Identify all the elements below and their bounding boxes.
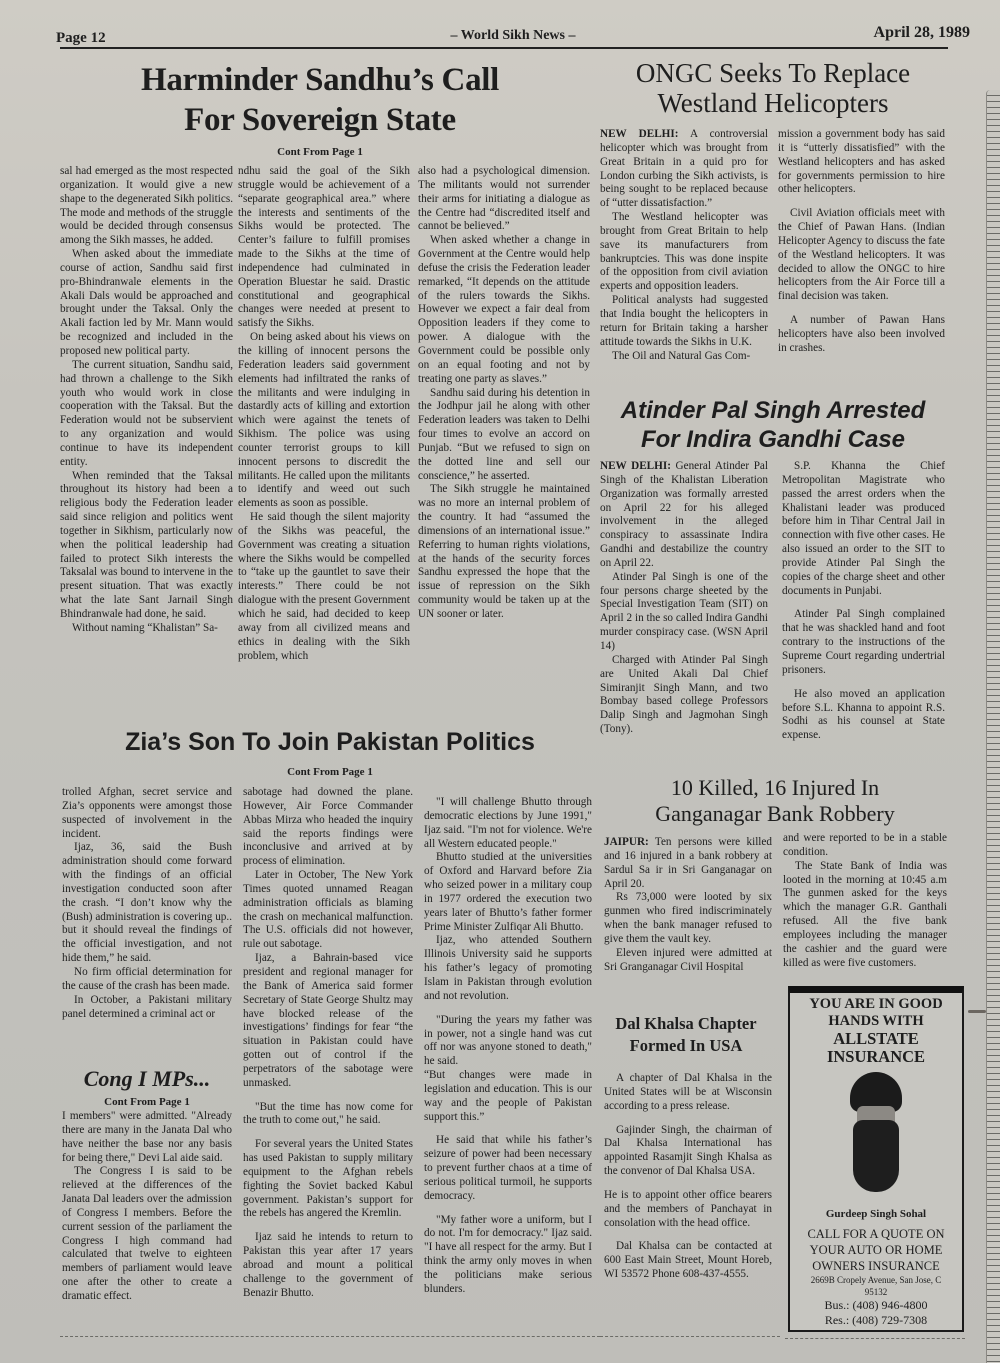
paragraph: Ijaz, a Bahrain-based vice president and…	[243, 952, 413, 1090]
headline-line: Formed In USA	[600, 1035, 772, 1057]
smudge-mark	[968, 1010, 986, 1013]
bottom-rule	[600, 1336, 780, 1337]
headline-line: Harminder Sandhu’s Call	[60, 60, 580, 100]
paragraph: Ijaz, who attended Southern Illinois Uni…	[424, 934, 592, 1003]
ad-call-line: OWNERS INSURANCE	[790, 1258, 962, 1274]
paragraph: Atinder Pal Singh is one of the four per…	[600, 571, 768, 654]
ad-line: INSURANCE	[790, 1048, 962, 1066]
paper-title: – World Sikh News –	[56, 28, 970, 44]
paragraph: Dal Khalsa can be contacted at 600 East …	[604, 1240, 772, 1282]
dateline: JAIPUR:	[604, 836, 649, 848]
cong-headline: Cong I MPs...	[62, 1066, 232, 1092]
paragraph: The Congress I is said to be relieved at…	[62, 1165, 232, 1303]
paragraph: sal had emerged as the most respected or…	[60, 165, 233, 248]
portrait-photo-icon	[843, 1072, 909, 1200]
cont-from-page-label: Cont From Page 1	[60, 766, 600, 778]
paragraph: Gajinder Singh, the chairman of Dal Khal…	[604, 1124, 772, 1179]
allstate-advertisement: YOU ARE IN GOOD HANDS WITH ALLSTATE INSU…	[788, 986, 964, 1332]
paragraph: "But the time has now come for the truth…	[243, 1101, 413, 1129]
business-phone: Bus.: (408) 946-4800	[790, 1298, 962, 1313]
zia-col-3: "I will challenge Bhutto through democra…	[424, 786, 592, 1297]
paragraph: The Oil and Natural Gas Com-	[600, 350, 768, 364]
headline-line: 10 Killed, 16 Injured In	[600, 775, 950, 801]
newspaper-page: Page 12 – World Sikh News – April 28, 19…	[0, 0, 1000, 1363]
atinder-col-1: NEW DELHI: General Atinder Pal Singh of …	[600, 460, 768, 737]
headline-line: For Indira Gandhi Case	[598, 425, 948, 454]
paragraph: "I will challenge Bhutto through democra…	[424, 796, 592, 851]
headline-line: Dal Khalsa Chapter	[600, 1013, 772, 1035]
ruler-edge	[986, 90, 1000, 1363]
paragraph: Political analysts had suggested that In…	[600, 294, 768, 349]
sandhu-headline: Harminder Sandhu’s Call For Sovereign St…	[60, 60, 580, 140]
paragraph: “But changes were made in legislation an…	[424, 1069, 592, 1124]
paragraph: mission a government body has said it is…	[778, 128, 945, 197]
atinder-headline: Atinder Pal Singh Arrested For Indira Ga…	[598, 396, 948, 454]
paragraph: When asked about the immediate course of…	[60, 248, 233, 359]
paragraph: "My father wore a uniform, but I do not.…	[424, 1214, 592, 1297]
cong-col: I members" were admitted. "Already there…	[62, 1110, 232, 1304]
ad-call-line: CALL FOR A QUOTE ON	[790, 1226, 962, 1242]
paragraph: He said that while his father’s seizure …	[424, 1134, 592, 1203]
paragraph: The State Bank of India was looted in th…	[783, 860, 947, 971]
sandhu-col-2: ndhu said the goal of the Sikh struggle …	[238, 165, 410, 663]
paragraph: He also moved an application before S.L.…	[782, 688, 945, 743]
paragraph: "During the years my father was in power…	[424, 1014, 592, 1069]
paragraph: A controversial helicopter which was bro…	[600, 128, 768, 209]
paragraph: Atinder Pal Singh complained that he was…	[782, 608, 945, 677]
paragraph: When asked whether a change in Governmen…	[418, 234, 590, 386]
masthead-rule	[60, 47, 948, 49]
headline-line: For Sovereign State	[60, 100, 580, 140]
paragraph: The Westland helicopter was brought from…	[600, 211, 768, 294]
bottom-rule	[785, 1338, 965, 1339]
paragraph: He said though the silent majority of th…	[238, 511, 410, 663]
ongc-col-1: NEW DELHI: A controversial helicopter wh…	[600, 128, 768, 363]
paragraph: When reminded that the Taksal throughout…	[60, 470, 233, 622]
paragraph: Later in October, The New York Times quo…	[243, 869, 413, 952]
dalkhalsa-headline: Dal Khalsa Chapter Formed In USA	[600, 1013, 772, 1057]
ad-address: 2669B Cropely Avenue, San Jose, C	[790, 1274, 962, 1286]
headline-line: Ganganagar Bank Robbery	[600, 801, 950, 827]
dateline: NEW DELHI:	[600, 460, 671, 472]
ad-call-line: YOUR AUTO OR HOME	[790, 1242, 962, 1258]
bank-headline: 10 Killed, 16 Injured In Ganganagar Bank…	[600, 775, 950, 827]
sandhu-col-3: also had a psychological dimension. The …	[418, 165, 590, 622]
paragraph: Rs 73,000 were looted by six gunmen who …	[604, 891, 772, 946]
dateline: NEW DELHI:	[600, 128, 678, 140]
paragraph: sabotage had downed the plane. However, …	[243, 786, 413, 869]
paragraph: Ijaz said he intends to return to Pakist…	[243, 1231, 413, 1300]
agent-name: Gurdeep Singh Sohal	[790, 1208, 962, 1220]
residence-phone: Res.: (408) 729-7308	[790, 1313, 962, 1328]
paragraph: In October, a Pakistani military panel d…	[62, 994, 232, 1022]
paragraph: A number of Pawan Hans helicopters have …	[778, 314, 945, 356]
paragraph: No firm official determination for the c…	[62, 966, 232, 994]
dalkhalsa-col: A chapter of Dal Khalsa in the United St…	[604, 1072, 772, 1282]
paragraph: Without naming “Khalistan” Sa-	[60, 622, 233, 636]
cont-from-page-label: Cont From Page 1	[62, 1096, 232, 1108]
headline-line: Atinder Pal Singh Arrested	[598, 396, 948, 425]
sandhu-col-1: sal had emerged as the most respected or…	[60, 165, 233, 636]
paragraph: On being asked about his views on the ki…	[238, 331, 410, 511]
paragraph: The Sikh struggle he maintained was no m…	[418, 483, 590, 621]
ad-line: ALLSTATE	[790, 1030, 962, 1048]
zia-col-1: trolled Afghan, secret service and Zia’s…	[62, 786, 232, 1021]
paragraph: S.P. Khanna the Chief Metropolitan Magis…	[782, 460, 945, 598]
paragraph: Sandhu said during his detention in the …	[418, 387, 590, 484]
paragraph: ndhu said the goal of the Sikh struggle …	[238, 165, 410, 331]
paragraph: and were reported to be in a stable cond…	[783, 832, 947, 860]
paragraph: He is to appoint other office bearers an…	[604, 1189, 772, 1231]
paragraph: Bhutto studied at the universities of Ox…	[424, 851, 592, 934]
paragraph: I members" were admitted. "Already there…	[62, 1110, 232, 1165]
paragraph: trolled Afghan, secret service and Zia’s…	[62, 786, 232, 841]
paragraph: Eleven injured were admitted at Sri Gran…	[604, 947, 772, 975]
paragraph: Charged with Atinder Pal Singh are Unite…	[600, 654, 768, 737]
ongc-col-2: mission a government body has said it is…	[778, 128, 945, 356]
zia-headline: Zia’s Son To Join Pakistan Politics	[60, 727, 600, 757]
issue-date: April 28, 1989	[874, 24, 970, 42]
bottom-rule	[60, 1336, 600, 1337]
bank-col-2: and were reported to be in a stable cond…	[783, 832, 947, 970]
ad-line: HANDS WITH	[790, 1013, 962, 1030]
masthead: Page 12 – World Sikh News – April 28, 19…	[56, 20, 970, 50]
paragraph: A chapter of Dal Khalsa in the United St…	[604, 1072, 772, 1114]
ongc-headline: ONGC Seeks To Replace Westland Helicopte…	[598, 58, 948, 118]
cont-from-page-label: Cont From Page 1	[60, 146, 580, 158]
paragraph: General Atinder Pal Singh of the Khalist…	[600, 460, 768, 569]
paragraph: Ijaz, 36, said the Bush administration s…	[62, 841, 232, 966]
headline-line: Westland Helicopters	[598, 88, 948, 118]
bank-col-1: JAIPUR: Ten persons were killed and 16 i…	[604, 836, 772, 974]
atinder-col-2: S.P. Khanna the Chief Metropolitan Magis…	[782, 460, 945, 743]
ad-zip: 95132	[790, 1286, 962, 1298]
paragraph: The current situation, Sandhu said, had …	[60, 359, 233, 470]
zia-col-2: sabotage had downed the plane. However, …	[243, 786, 413, 1301]
ad-line: YOU ARE IN GOOD	[790, 996, 962, 1013]
paragraph: For several years the United States has …	[243, 1138, 413, 1221]
paragraph: Civil Aviation officials meet with the C…	[778, 207, 945, 304]
headline-line: ONGC Seeks To Replace	[598, 58, 948, 88]
paragraph: also had a psychological dimension. The …	[418, 165, 590, 234]
